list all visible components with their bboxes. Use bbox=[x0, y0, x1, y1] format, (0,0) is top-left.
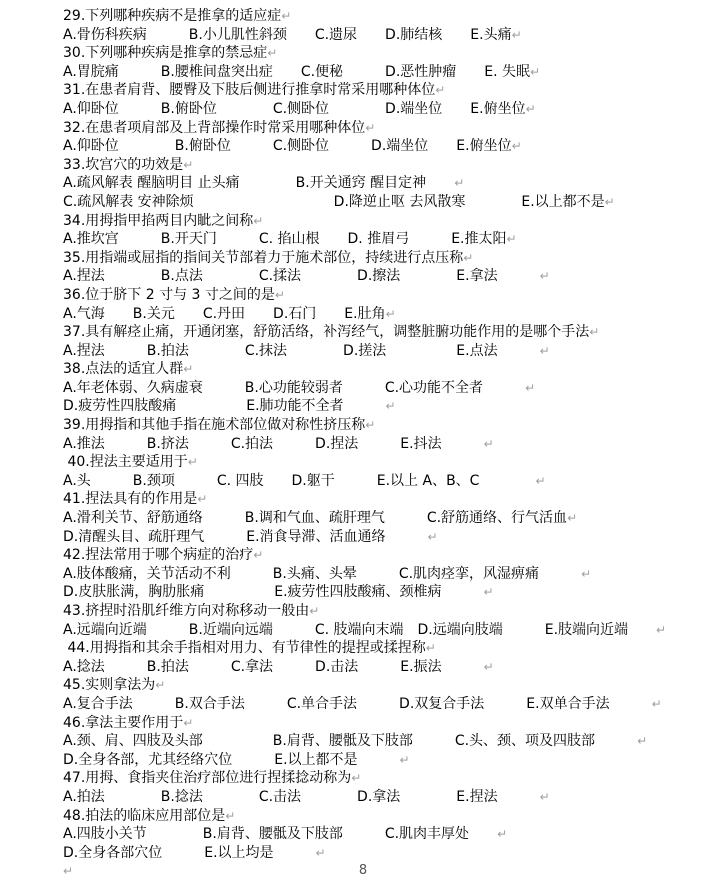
document-line: A.远端向近端 B.近端向远端 C. 肢端向末端 D.远端向肢端 E.肢端向近端… bbox=[63, 621, 663, 640]
line-text: 40.捏法主要适用于 bbox=[63, 454, 188, 470]
line-text: A.颈、肩、四肢及头部 B.肩背、腰骶及下肢部 C.头、颈、项及四肢部 bbox=[63, 733, 637, 749]
line-text: A.年老体弱、久病虚衰 B.心功能较弱者 C.心功能不全者 bbox=[63, 380, 525, 396]
paragraph-mark-icon: ↵ bbox=[540, 344, 550, 358]
paragraph-mark-icon: ↵ bbox=[526, 102, 536, 116]
line-text: 36.位于脐下 2 寸与 3 寸之间的是 bbox=[63, 287, 275, 303]
document-line: A.疏风解表 醒脑明目 止头痛 B.开关通窍 醒目定神 ↵ bbox=[63, 174, 663, 193]
line-text: A.胃脘痛 B.腰椎间盘突出症 C.便秘 D.恶性肿瘤 E. 失眠 bbox=[63, 64, 530, 80]
line-text: A.复合手法 B.双合手法 C.单合手法 D.双复合手法 E.双单合手法 bbox=[63, 696, 652, 712]
line-text: 30.下列哪种疾病是推拿的禁忌症 bbox=[63, 45, 267, 61]
document-line: A.仰卧位 B.俯卧位 C.侧卧位 D.端坐位 E.俯坐位↵ bbox=[63, 137, 663, 156]
paragraph-mark-icon: ↵ bbox=[484, 660, 494, 674]
line-text: A.拍法 B.捻法 C.击法 D.拿法 E.捏法 bbox=[63, 789, 540, 805]
document-line: D.皮肤胀满，胸肋胀痛 E.疲劳性四肢酸痛、颈椎病 ↵ bbox=[63, 583, 663, 602]
paragraph-mark-icon: ↵ bbox=[656, 623, 666, 637]
paragraph-mark-icon: ↵ bbox=[351, 771, 361, 785]
document-line: A.捻法 B.拍法 C.拿法 D.击法 E.振法 ↵ bbox=[63, 658, 663, 677]
line-text: 33.坎宫穴的功效是 bbox=[63, 157, 183, 173]
document-page: 29.下列哪种疾病不是推拿的适应症↵A.骨伤科疾病 B.小儿肌性斜颈 C.遗尿 … bbox=[0, 0, 709, 882]
document-line: C.疏风解表 安神除烦 D.降逆止呕 去风散寒 E.以上都不是↵ bbox=[63, 193, 663, 212]
paragraph-mark-icon: ↵ bbox=[484, 437, 494, 451]
paragraph-mark-icon: ↵ bbox=[197, 492, 207, 506]
line-text: A.肢体酸痛，关节活动不利 B.头痛、头晕 C.肌肉痉挛，风湿痹痛 bbox=[63, 566, 581, 582]
document-line: 43.挤捏时沿肌纤维方向对称移动一般由↵ bbox=[63, 602, 663, 621]
paragraph-mark-icon: ↵ bbox=[454, 176, 464, 190]
line-text: 35.用指端或屈指的指间关节部着力于施术部位，持续进行点压称 bbox=[63, 250, 463, 266]
paragraph-mark-icon: ↵ bbox=[253, 548, 263, 562]
paragraph-mark-icon: ↵ bbox=[435, 83, 445, 97]
line-text: D.全身各部，尤其经络穴位 E.以上都不是 bbox=[63, 752, 400, 768]
line-text: A.捏法 B.点法 C.揉法 D.擦法 E.拿法 bbox=[63, 268, 540, 284]
paragraph-mark-icon: ↵ bbox=[386, 399, 396, 413]
paragraph-mark-icon: ↵ bbox=[484, 585, 494, 599]
document-line: A.气海 B.关元 C.丹田 D.石门 E.肚角↵ bbox=[63, 305, 663, 324]
line-text: 34.用拇指甲掐两目内眦之间称 bbox=[63, 213, 253, 229]
document-line: 34.用拇指甲掐两目内眦之间称↵ bbox=[63, 212, 663, 231]
line-text: A.推法 B.挤法 C.拍法 D.捏法 E.抖法 bbox=[63, 436, 484, 452]
document-line: D.全身各部穴位 E.以上均是 ↵ bbox=[63, 844, 663, 863]
line-text: 37.具有解痉止痛，开通闭塞，舒筋活络，补泻经气，调整脏腑功能作用的是哪个手法 bbox=[63, 324, 589, 340]
paragraph-mark-icon: ↵ bbox=[225, 809, 235, 823]
document-line: A.捏法 B.点法 C.揉法 D.擦法 E.拿法 ↵ bbox=[63, 267, 663, 286]
document-line: D.全身各部，尤其经络穴位 E.以上都不是 ↵ bbox=[63, 751, 663, 770]
paragraph-mark-icon: ↵ bbox=[637, 734, 647, 748]
line-text: A.滑利关节、舒筋通络 B.调和气血、疏肝理气 C.舒筋通络、行气活血 bbox=[63, 510, 567, 526]
page-number: 8 bbox=[63, 862, 663, 881]
document-line: D.清醒头目、疏肝理气 E.消食导滞、活血通络 ↵ bbox=[63, 528, 663, 547]
document-line: 38.点法的适宜人群↵ bbox=[63, 360, 663, 379]
line-text: 39.用拇指和其他手指在施术部位做对称性挤压称 bbox=[63, 417, 365, 433]
document-line: 39.用拇指和其他手指在施术部位做对称性挤压称↵ bbox=[63, 416, 663, 435]
paragraph-mark-icon: ↵ bbox=[530, 65, 540, 79]
paragraph-mark-icon: ↵ bbox=[267, 46, 277, 60]
document-line: 45.实则拿法为↵ bbox=[63, 676, 663, 695]
line-text: A.捻法 B.拍法 C.拿法 D.击法 E.振法 bbox=[63, 659, 484, 675]
document-footer: ↵8 bbox=[63, 862, 663, 881]
document-line: 46.拿法主要作用于↵ bbox=[63, 714, 663, 733]
paragraph-mark-icon: ↵ bbox=[316, 846, 326, 860]
paragraph-mark-icon: ↵ bbox=[540, 269, 550, 283]
line-text: 29.下列哪种疾病不是推拿的适应症 bbox=[63, 8, 281, 24]
paragraph-mark-icon: ↵ bbox=[155, 678, 165, 692]
document-line: 33.坎宫穴的功效是↵ bbox=[63, 156, 663, 175]
document-line: 29.下列哪种疾病不是推拿的适应症↵ bbox=[63, 7, 663, 26]
document-line: A.复合手法 B.双合手法 C.单合手法 D.双复合手法 E.双单合手法 ↵ bbox=[63, 695, 663, 714]
paragraph-mark-icon: ↵ bbox=[507, 232, 517, 246]
paragraph-mark-icon: ↵ bbox=[275, 288, 285, 302]
line-text: 41.捏法具有的作用是 bbox=[63, 491, 197, 507]
line-text: D.清醒头目、疏肝理气 E.消食导滞、活血通络 bbox=[63, 529, 428, 545]
line-text: 45.实则拿法为 bbox=[63, 677, 155, 693]
document-line: 42.捏法常用于哪个病症的治疗↵ bbox=[63, 546, 663, 565]
line-text: A.骨伤科疾病 B.小儿肌性斜颈 C.遗尿 D.肺结核 E.头痛 bbox=[63, 27, 512, 43]
paragraph-mark-icon: ↵ bbox=[652, 697, 662, 711]
line-text: C.疏风解表 安神除烦 D.降逆止呕 去风散寒 E.以上都不是 bbox=[63, 194, 605, 210]
document-line: A.推法 B.挤法 C.拍法 D.捏法 E.抖法 ↵ bbox=[63, 435, 663, 454]
document-line: 47.用拇、食指夹住治疗部位进行捏揉捻动称为↵ bbox=[63, 769, 663, 788]
paragraph-mark-icon: ↵ bbox=[581, 567, 591, 581]
paragraph-mark-icon: ↵ bbox=[188, 455, 198, 469]
paragraph-mark-icon: ↵ bbox=[309, 604, 319, 618]
document-line: A.肢体酸痛，关节活动不利 B.头痛、头晕 C.肌肉痉挛，风湿痹痛 ↵ bbox=[63, 565, 663, 584]
line-text: 31.在患者肩背、腰臀及下肢后侧进行推拿时常采用哪种体位 bbox=[63, 82, 435, 98]
document-line: A.拍法 B.捻法 C.击法 D.拿法 E.捏法 ↵ bbox=[63, 788, 663, 807]
paragraph-mark-icon: ↵ bbox=[183, 362, 193, 376]
line-text: D.疲劳性四肢酸痛 E.肺功能不全者 bbox=[63, 398, 386, 414]
paragraph-mark-icon: ↵ bbox=[497, 827, 507, 841]
paragraph-mark-icon: ↵ bbox=[253, 214, 263, 228]
document-line: 41.捏法具有的作用是↵ bbox=[63, 490, 663, 509]
document-line: 30.下列哪种疾病是推拿的禁忌症↵ bbox=[63, 44, 663, 63]
line-text: A.推坎宫 B.开天门 C. 掐山根 D. 推眉弓 E.推太阳 bbox=[63, 231, 507, 247]
document-line: A.捏法 B.拍法 C.抹法 D.搓法 E.点法 ↵ bbox=[63, 342, 663, 361]
document-line: 36.位于脐下 2 寸与 3 寸之间的是↵ bbox=[63, 286, 663, 305]
line-text: 38.点法的适宜人群 bbox=[63, 361, 183, 377]
line-text: 42.捏法常用于哪个病症的治疗 bbox=[63, 547, 253, 563]
document-line: 31.在患者肩背、腰臀及下肢后侧进行推拿时常采用哪种体位↵ bbox=[63, 81, 663, 100]
paragraph-mark-icon: ↵ bbox=[365, 418, 375, 432]
paragraph-mark-icon: ↵ bbox=[183, 158, 193, 172]
line-text: A.仰卧位 B.俯卧位 C.侧卧位 D.端坐位 E.俯坐位 bbox=[63, 101, 526, 117]
line-text: A.头 B.颈项 C. 四肢 D.躯干 E.以上 A、B、C bbox=[63, 473, 535, 489]
paragraph-mark-icon: ↵ bbox=[512, 28, 522, 42]
line-text: D.全身各部穴位 E.以上均是 bbox=[63, 845, 316, 861]
question-list: 29.下列哪种疾病不是推拿的适应症↵A.骨伤科疾病 B.小儿肌性斜颈 C.遗尿 … bbox=[63, 7, 663, 881]
document-line: 35.用指端或屈指的指间关节部着力于施术部位，持续进行点压称↵ bbox=[63, 249, 663, 268]
document-line: 48.拍法的临床应用部位是↵ bbox=[63, 807, 663, 826]
paragraph-mark-icon: ↵ bbox=[386, 307, 396, 321]
line-text: 32.在患者项肩部及上背部操作时常采用哪种体位 bbox=[63, 120, 365, 136]
document-line: A.颈、肩、四肢及头部 B.肩背、腰骶及下肢部 C.头、颈、项及四肢部 ↵ bbox=[63, 732, 663, 751]
paragraph-mark-icon: ↵ bbox=[540, 790, 550, 804]
paragraph-mark-icon: ↵ bbox=[567, 511, 577, 525]
paragraph-mark-icon: ↵ bbox=[428, 530, 438, 544]
document-line: D.疲劳性四肢酸痛 E.肺功能不全者 ↵ bbox=[63, 397, 663, 416]
paragraph-mark-icon: ↵ bbox=[281, 9, 291, 23]
paragraph-mark-icon: ↵ bbox=[589, 325, 599, 339]
document-line: A.四肢小关节 B.肩背、腰骶及下肢部 C.肌肉丰厚处 ↵ bbox=[63, 825, 663, 844]
document-line: A.胃脘痛 B.腰椎间盘突出症 C.便秘 D.恶性肿瘤 E. 失眠↵ bbox=[63, 63, 663, 82]
paragraph-mark-icon: ↵ bbox=[535, 474, 545, 488]
line-text: 46.拿法主要作用于 bbox=[63, 715, 183, 731]
document-line: 37.具有解痉止痛，开通闭塞，舒筋活络，补泻经气，调整脏腑功能作用的是哪个手法↵ bbox=[63, 323, 663, 342]
line-text: 47.用拇、食指夹住治疗部位进行捏揉捻动称为 bbox=[63, 770, 351, 786]
document-line: 32.在患者项肩部及上背部操作时常采用哪种体位↵ bbox=[63, 119, 663, 138]
paragraph-mark-icon: ↵ bbox=[426, 641, 436, 655]
document-line: A.骨伤科疾病 B.小儿肌性斜颈 C.遗尿 D.肺结核 E.头痛↵ bbox=[63, 26, 663, 45]
line-text: A.气海 B.关元 C.丹田 D.石门 E.肚角 bbox=[63, 306, 386, 322]
line-text: A.远端向近端 B.近端向远端 C. 肢端向末端 D.远端向肢端 E.肢端向近端 bbox=[63, 622, 656, 638]
line-text: A.捏法 B.拍法 C.抹法 D.搓法 E.点法 bbox=[63, 343, 540, 359]
line-text: 44.用拇指和其余手指相对用力、有节律性的提捏或揉捏称 bbox=[63, 640, 426, 656]
line-text: A.疏风解表 醒脑明目 止头痛 B.开关通窍 醒目定神 bbox=[63, 175, 454, 191]
document-line: A.年老体弱、久病虚衰 B.心功能较弱者 C.心功能不全者 ↵ bbox=[63, 379, 663, 398]
line-text: 48.拍法的临床应用部位是 bbox=[63, 808, 225, 824]
paragraph-mark-icon: ↵ bbox=[525, 381, 535, 395]
document-line: A.头 B.颈项 C. 四肢 D.躯干 E.以上 A、B、C ↵ bbox=[63, 472, 663, 491]
paragraph-mark-icon: ↵ bbox=[463, 251, 473, 265]
line-text: A.四肢小关节 B.肩背、腰骶及下肢部 C.肌肉丰厚处 bbox=[63, 826, 497, 842]
paragraph-mark-icon: ↵ bbox=[400, 753, 410, 767]
document-line: A.滑利关节、舒筋通络 B.调和气血、疏肝理气 C.舒筋通络、行气活血↵ bbox=[63, 509, 663, 528]
line-text: 43.挤捏时沿肌纤维方向对称移动一般由 bbox=[63, 603, 309, 619]
line-text: A.仰卧位 B.俯卧位 C.侧卧位 D.端坐位 E.俯坐位 bbox=[63, 138, 512, 154]
line-text: D.皮肤胀满，胸肋胀痛 E.疲劳性四肢酸痛、颈椎病 bbox=[63, 584, 484, 600]
paragraph-mark-icon: ↵ bbox=[605, 195, 615, 209]
document-lines: 29.下列哪种疾病不是推拿的适应症↵A.骨伤科疾病 B.小儿肌性斜颈 C.遗尿 … bbox=[63, 7, 663, 862]
paragraph-mark-icon: ↵ bbox=[365, 121, 375, 135]
document-line: 40.捏法主要适用于↵ bbox=[63, 453, 663, 472]
paragraph-mark-icon: ↵ bbox=[183, 716, 193, 730]
document-line: A.仰卧位 B.俯卧位 C.侧卧位 D.端坐位 E.俯坐位↵ bbox=[63, 100, 663, 119]
paragraph-mark-icon: ↵ bbox=[512, 139, 522, 153]
document-line: A.推坎宫 B.开天门 C. 掐山根 D. 推眉弓 E.推太阳↵ bbox=[63, 230, 663, 249]
document-line: 44.用拇指和其余手指相对用力、有节律性的提捏或揉捏称↵ bbox=[63, 639, 663, 658]
